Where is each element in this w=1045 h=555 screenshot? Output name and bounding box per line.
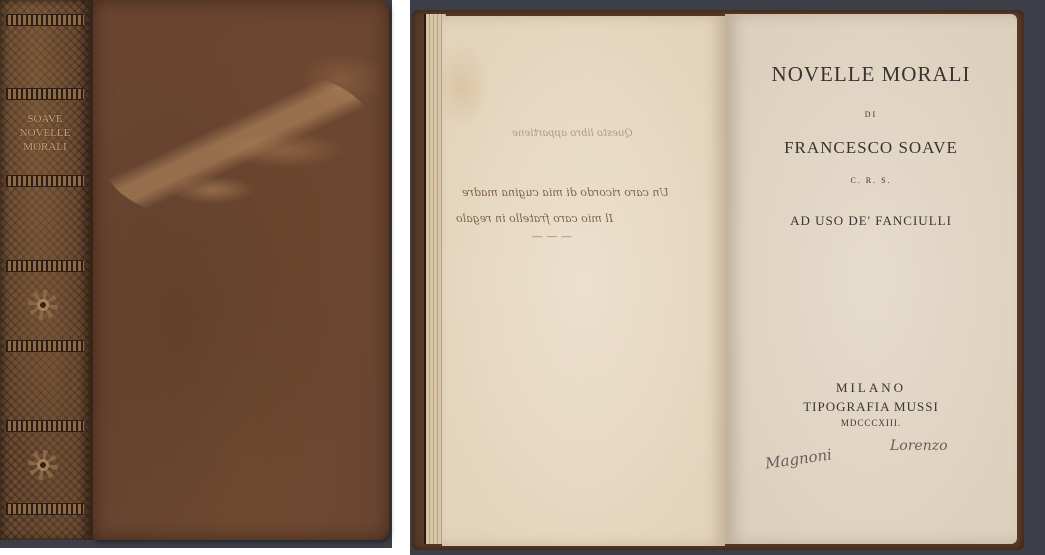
spine-gilt-band (6, 420, 84, 432)
spine-gilt-band (6, 260, 84, 272)
open-book-photo: Questo libro appartiene Un caro ricordo … (410, 0, 1045, 555)
printer-name: TIPOGRAFIA MUSSI (725, 399, 1017, 415)
spine-gilt-band (6, 340, 84, 352)
religious-order: C. R. S. (725, 176, 1017, 185)
owner-signature: Lorenzo (890, 438, 948, 454)
title-page: NOVELLE MORALI DI FRANCESCO SOAVE C. R. … (725, 14, 1017, 544)
closed-book-photo: SOAVE NOVELLE MORALI (0, 0, 392, 548)
publication-year: MDCCCXIII. (725, 418, 1017, 428)
leather-front-cover (93, 0, 389, 540)
publication-city: MILANO (725, 380, 1017, 396)
book-title: NOVELLE MORALI (725, 62, 1017, 87)
inscription-line: Il mio caro fratello in regalo (456, 212, 613, 225)
spine-flower-ornament-icon (28, 450, 58, 480)
book-spine: SOAVE NOVELLE MORALI (0, 0, 93, 540)
spine-gilt-band (6, 175, 84, 187)
spine-title-label: SOAVE NOVELLE MORALI (4, 112, 86, 154)
author-name: FRANCESCO SOAVE (725, 138, 1017, 158)
by-label: DI (725, 110, 1017, 119)
spine-gilt-band (6, 88, 84, 100)
spine-title-line: MORALI (4, 140, 86, 154)
inscription-line: — — — (532, 230, 572, 243)
spine-gilt-band (6, 503, 84, 515)
spine-title-line: SOAVE (4, 112, 86, 126)
cover-stain (103, 70, 373, 220)
spine-flower-ornament-icon (28, 290, 58, 320)
book-purpose: AD USO DE' FANCIULLI (725, 213, 1017, 229)
owner-signature: Magnoni (764, 445, 833, 472)
spine-title-line: NOVELLE (4, 126, 86, 140)
flyleaf-page: Questo libro appartiene Un caro ricordo … (442, 16, 725, 546)
inscription-line: Questo libro appartiene (512, 128, 633, 139)
spine-gilt-band (6, 14, 84, 26)
inscription-line: Un caro ricordo di mia cugina madre (462, 186, 669, 199)
